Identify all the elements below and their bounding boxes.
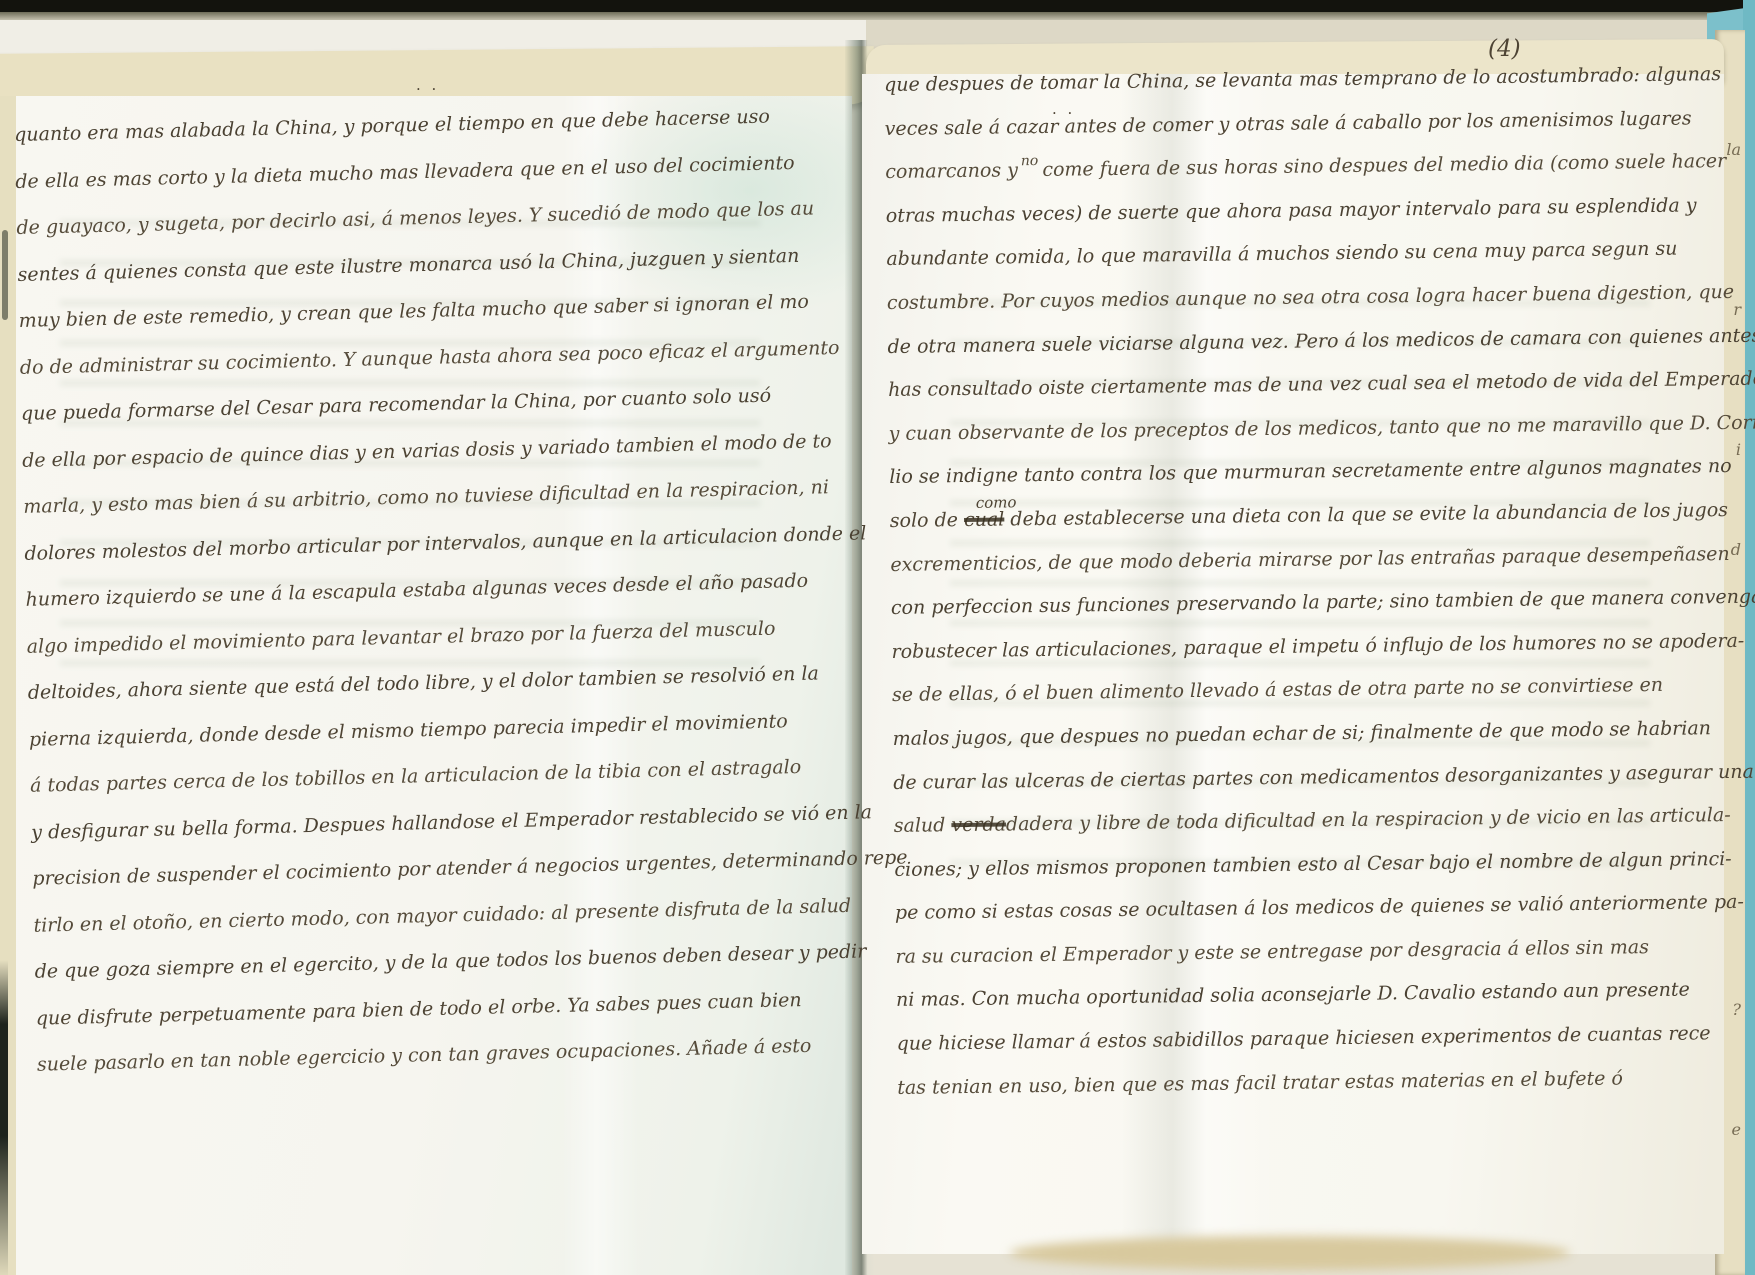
interlinear-correction: como [976,495,1017,511]
left-edge-shadow [0,960,8,1275]
line-text: salud [894,814,952,837]
edge-mark: i [1736,440,1741,459]
struck-word: cual [964,508,1005,531]
left-edge-mark [2,230,8,320]
correction: comocual [964,510,1005,530]
right-page-text: que despues de tomar la China, se levant… [884,65,1743,1122]
interlinear-insertion: no [1021,153,1039,169]
manuscript-scan: (4) · · · · la r i d ? e quanto era mas … [0,0,1755,1275]
line-text: solo de [890,509,964,532]
scan-top-border [0,0,1755,12]
edge-mark: e [1732,1120,1741,1139]
left-page-text: quanto era mas alabada la China, y porqu… [14,106,850,1102]
ink-dots: · · [416,80,439,98]
bottom-page-edge [1010,1236,1570,1270]
struck-word: verda [951,814,1006,837]
page-number: (4) [1488,36,1521,62]
line-text: comarcanos y [885,159,1018,183]
edge-mark: r [1733,300,1741,319]
